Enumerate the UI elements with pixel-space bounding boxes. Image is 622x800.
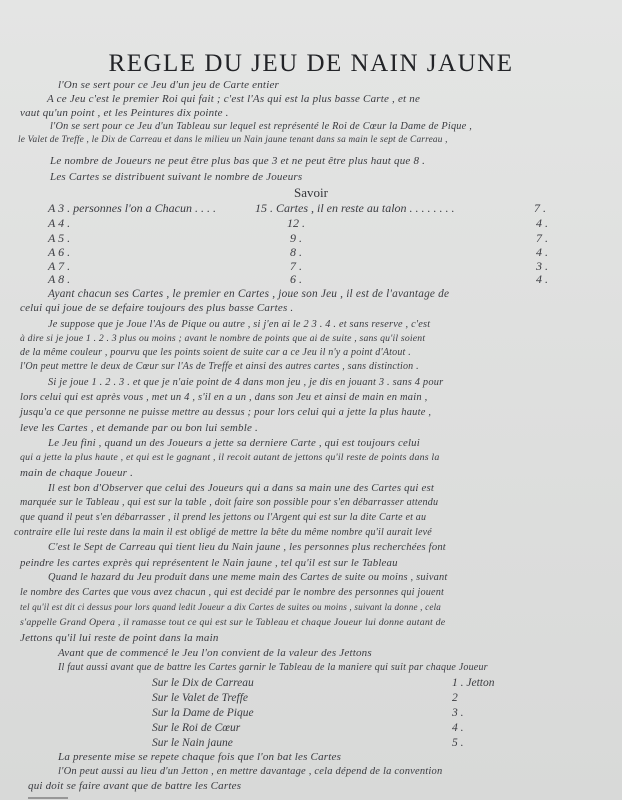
body-line: celui qui joue de se defaire toujours de… [20, 302, 293, 314]
distribution-talon: 4 . [536, 245, 548, 260]
body-line: lors celui qui est après vous , met un 4… [20, 392, 427, 403]
stake-label: Sur le Nain jaune [152, 737, 233, 749]
body-line: contraire elle lui reste dans la main il… [14, 527, 432, 538]
body-line: leve les Cartes , et demande par ou bon … [20, 422, 258, 434]
body-line: Quand le hazard du Jeu produit dans une … [48, 572, 448, 583]
body-line: Ayant chacun ses Cartes , le premier en … [48, 288, 449, 300]
ink-smudge [28, 797, 68, 799]
body-line: Si je joue 1 . 2 . 3 . et que je n'aie p… [48, 377, 443, 388]
intro-line: le Valet de Treffe , le Dix de Carreau e… [18, 135, 448, 145]
distribution-cards: 9 . [290, 231, 302, 246]
stake-value: 4 . [452, 722, 464, 734]
body-line: s'appelle Grand Opera , il ramasse tout … [20, 617, 445, 628]
distribution-cards: 15 . Cartes , il en reste au talon . . .… [255, 201, 455, 216]
body-line: à dire si je joue 1 . 2 . 3 plus ou moin… [20, 333, 425, 344]
distribution-players: A 4 . [48, 216, 70, 231]
distribution-cards: 12 . [287, 216, 305, 231]
intro-line: vaut qu'un point , et les Peintures dix … [20, 107, 229, 119]
distribution-players: A 5 . [48, 231, 70, 246]
body-line: qui a jette la plus haute , et qui est l… [20, 452, 440, 463]
body-line: Il faut aussi avant que de battre les Ca… [58, 662, 488, 673]
body-line: C'est le Sept de Carreau qui tient lieu … [48, 542, 446, 553]
distribution-players: A 3 . personnes l'on a Chacun . . . . [48, 201, 216, 216]
distribution-players: A 8 . [48, 272, 70, 287]
engraved-rule-sheet: REGLE DU JEU DE NAIN JAUNE l'On se sert … [0, 0, 622, 800]
body-line: le nombre des Cartes que vous avez chacu… [20, 587, 444, 598]
intro-line: l'On se sert pour ce Jeu d'un Tableau su… [50, 121, 472, 132]
closing-line: l'On peut aussi au lieu d'un Jetton , en… [58, 766, 442, 777]
stake-value: 3 . [452, 707, 464, 719]
body-line: peindre les cartes exprès qui représente… [20, 557, 398, 569]
distribution-talon: 7 . [534, 201, 546, 216]
intro-line: Le nombre de Joueurs ne peut être plus b… [50, 155, 425, 167]
stake-label: Sur le Dix de Carreau [152, 677, 254, 689]
body-line: Jettons qu'il lui reste de point dans la… [20, 632, 219, 644]
body-line: Avant que de commencé le Jeu l'on convie… [58, 647, 372, 659]
closing-line: qui doit se faire avant que de battre le… [28, 780, 241, 792]
intro-line: Les Cartes se distribuent suivant le nom… [50, 171, 302, 183]
stake-value: 5 . [452, 737, 464, 749]
closing-line: La presente mise se repete chaque fois q… [58, 751, 341, 763]
stake-label: Sur le Roi de Cœur [152, 722, 240, 734]
body-line: main de chaque Joueur . [20, 467, 133, 479]
stake-value: 2 [452, 692, 458, 704]
distribution-talon: 7 . [536, 231, 548, 246]
body-line: Il est bon d'Observer que celui des Joue… [48, 482, 434, 494]
distribution-players: A 6 . [48, 245, 70, 260]
savoir-heading: Savoir [0, 185, 622, 201]
page-title: REGLE DU JEU DE NAIN JAUNE [0, 50, 622, 78]
stake-value: 1 . Jetton [452, 677, 494, 689]
body-line: jusqu'a ce que personne ne puisse mettre… [20, 407, 431, 418]
body-line: marquée sur le Tableau , qui est sur la … [20, 497, 438, 508]
stake-label: Sur le Valet de Treffe [152, 692, 248, 704]
distribution-cards: 8 . [290, 245, 302, 260]
body-line: Je suppose que je Joue l'As de Pique ou … [48, 319, 430, 330]
distribution-talon: 4 . [536, 216, 548, 231]
body-line: tel qu'il est dit ci dessus pour lors qu… [20, 602, 441, 612]
body-line: que quand il peut s'en débarrasser , il … [20, 512, 426, 523]
intro-line: l'On se sert pour ce Jeu d'un jeu de Car… [58, 79, 279, 91]
distribution-cards: 6 . [290, 272, 302, 287]
body-line: de la même couleur , pourvu que les poin… [20, 347, 411, 358]
intro-line: A ce Jeu c'est le premier Roi qui fait ;… [47, 93, 420, 105]
body-line: l'On peut mettre le deux de Cœur sur l'A… [20, 361, 419, 372]
distribution-talon: 4 . [536, 272, 548, 287]
body-line: Le Jeu fini , quand un des Joueurs a jet… [48, 437, 420, 449]
stake-label: Sur la Dame de Pique [152, 707, 254, 719]
